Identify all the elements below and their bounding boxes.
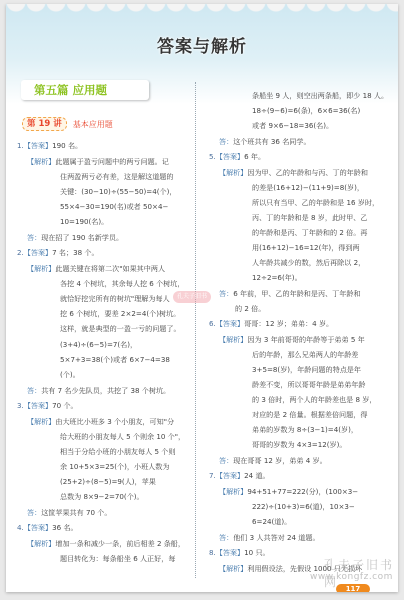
- page-title: 答案与解析: [6, 32, 398, 57]
- body-line: 条船坐 9 人，则空出两条船，即少 18 人。: [252, 88, 388, 103]
- side-stamp: 孔夫子旧书: [173, 291, 211, 303]
- body-line: 10=190(名)。: [60, 214, 108, 229]
- body-line: 用(16+12)−16=12(年)，得到两: [252, 240, 360, 255]
- watermark-url: www.kongfz.com: [310, 572, 393, 582]
- section-title: 第五篇 应用题: [34, 82, 107, 98]
- book-page: 答案与解析 第五篇 应用题 第 19 讲 基本应用题 1.【答案】190 名。【…: [6, 4, 398, 592]
- answer-line: 6.【答案】哥哥：12 岁；弟弟：4 岁。: [209, 316, 333, 331]
- body-line: 余 10+5×3=25(个)，小班人数为: [60, 459, 169, 474]
- lecture-name: 基本应用题: [73, 119, 113, 130]
- answer-line: 1.【答案】190 名。: [17, 138, 82, 153]
- body-line: 这样，就是典型的一盈一亏的问题了。: [60, 321, 181, 336]
- body-line: 对应的是 2 倍量。根据差倍问题，得: [252, 407, 367, 422]
- conclusion-line: 答：这筐苹果共有 70 个。: [27, 505, 111, 520]
- analysis-line: 【解析】由大班比小班多 3 个小朋友，可知"分: [27, 414, 174, 429]
- body-line: 挖 6 个树坑，要差 2×2=4(个)树坑。: [60, 306, 180, 321]
- analysis-line: 【解析】因为甲、乙的年龄和与丙、丁的年龄和: [219, 165, 368, 180]
- body-line: 的 2 倍。: [235, 301, 265, 316]
- section-header: 第五篇 应用题: [21, 80, 149, 100]
- conclusion-line: 答：共有 7 名少先队员，共挖了 38 个树坑。: [27, 383, 170, 398]
- body-line: 哥哥的岁数为 4×3=12(岁)。: [252, 437, 346, 452]
- body-line: 或者 9×6−18=36(名)。: [252, 118, 333, 133]
- body-line: 18÷(9−6)=6(条)，6×6=36(名): [252, 103, 360, 118]
- lecture-badge: 第 19 讲: [22, 117, 67, 131]
- body-line: 所以只有当甲、乙的年龄和是 16 岁时，: [252, 195, 379, 210]
- body-line: 12÷2=6(年)。: [252, 270, 302, 285]
- conclusion-line: 答：这个班共有 36 名同学。: [219, 134, 311, 149]
- body-line: 总数为 8×9−2=70(个)。: [60, 489, 144, 504]
- body-line: 题目转化为：每条船坐 6 人正好，每: [60, 551, 175, 566]
- lecture-header: 第 19 讲 基本应用题: [22, 116, 113, 132]
- body-line: 的差是(16+12)−(11+9)=8(岁)，: [252, 180, 364, 195]
- body-line: 的年龄和是丙、丁年龄和的 2 倍。再: [252, 225, 367, 240]
- body-line: 住两盈两亏必有差，这是解这道题的: [60, 169, 174, 184]
- analysis-line: 【解析】此题属于盈亏问题中的两亏问题。记: [27, 154, 169, 169]
- answer-line: 2.【答案】7 名；38 个。: [17, 245, 99, 260]
- body-line: 55×4−30=190(名)或者 50×4−: [60, 199, 168, 214]
- body-line: 后的年龄，那么兄弟两人的年龄差: [252, 347, 358, 362]
- body-line: 5×7+3=38(个)或者 6×7−4=38: [60, 352, 170, 367]
- analysis-line: 【解析】94+51+77=222(分)，(100×3−: [219, 484, 358, 499]
- conclusion-line: 答：现在招了 190 名新学员。: [27, 230, 123, 245]
- answer-line: 5.【答案】6 年。: [209, 149, 265, 164]
- analysis-line: 【解析】此题关键在将第二次"如果其中两人: [27, 261, 165, 276]
- column-divider: [195, 82, 196, 578]
- body-line: (3+4)÷(6−5)=7(名)，: [60, 337, 137, 352]
- body-line: 丙、丁的年龄和是 8 岁，此时甲、乙: [252, 210, 367, 225]
- answer-line: 7.【答案】24 道。: [209, 468, 270, 483]
- body-line: 222)÷(10+3)=6(道)，10×3−: [252, 499, 355, 514]
- body-line: 给大班的小朋友每人 5 个则余 10 个"，: [60, 429, 185, 444]
- answer-line: 8.【答案】10 只。: [209, 545, 270, 560]
- answer-line: 3.【答案】70 个。: [17, 398, 78, 413]
- body-line: 龄差不变，所以哥哥年龄是弟弟年龄: [252, 377, 366, 392]
- body-line: 关键：(30−10)÷(55−50)=4(个)，: [60, 184, 176, 199]
- answer-line: 4.【答案】36 名。: [17, 520, 78, 535]
- body-line: 相当于分给小班的小朋友每人 5 个则: [60, 444, 175, 459]
- body-line: 弟弟的岁数为 8÷(3−1)=4(岁)，: [252, 422, 358, 437]
- body-line: 就恰好挖完所有的树坑"理解为每人: [60, 291, 170, 306]
- conclusion-line: 答：6 年前，甲、乙的年龄和是丙、丁年龄和: [219, 286, 361, 301]
- analysis-line: 【解析】增加一条和减少一条，前后相差 2 条船，: [27, 536, 185, 551]
- body-line: 3+5=8(岁)，年龄问题的特点是年: [252, 362, 361, 377]
- wave-decoration: [6, 4, 398, 18]
- body-line: 人年龄共减少的数，然后再除以 2，: [252, 255, 365, 270]
- analysis-line: 【解析】因为 3 年前哥哥的年龄等于弟弟 5 年: [219, 332, 365, 347]
- body-line: 6=24(道)。: [252, 514, 291, 529]
- body-line: (个)。: [60, 367, 80, 382]
- body-line: (25+2)÷(8−5)=9(人)，苹果: [60, 474, 156, 489]
- conclusion-line: 答：他们 3 人共答对 24 道题。: [219, 530, 320, 545]
- body-line: 的 3 倍时，两个人的年龄差也是 8 岁，: [252, 392, 376, 407]
- body-line: 各挖 4 个树坑，其余每人挖 6 个树坑，: [60, 276, 184, 291]
- page-number: 117: [336, 584, 370, 592]
- conclusion-line: 答：现在哥哥 12 岁，弟弟 4 岁。: [219, 453, 327, 468]
